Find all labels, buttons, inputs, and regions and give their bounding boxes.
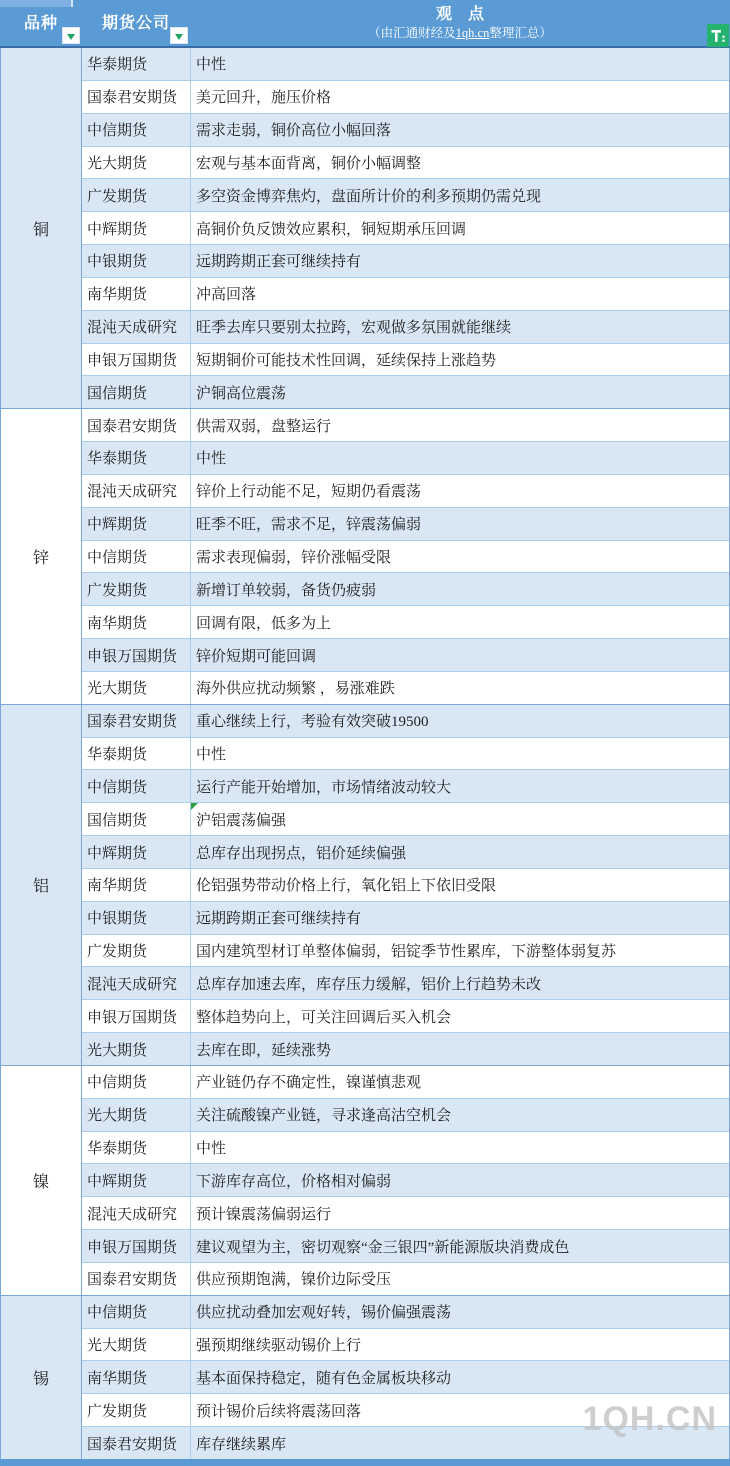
opinion-cell: 总库存出现拐点，铝价延续偏强 <box>190 836 729 868</box>
opinion-text: 旺季不旺，需求不足，锌震荡偏弱 <box>196 513 421 534</box>
opinion-text: 关注硫酸镍产业链，寻求逢高沽空机会 <box>196 1104 451 1125</box>
opinion-text: 供应预期饱满，镍价边际受压 <box>196 1268 391 1289</box>
opinion-text: 需求走弱，铜价高位小幅回落 <box>196 119 391 140</box>
opinion-cell: 远期跨期正套可继续持有 <box>190 245 729 277</box>
opinion-cell: 中性 <box>190 738 729 770</box>
company-cell: 光大期货 <box>82 1329 190 1361</box>
opinion-cell: 宏观与基本面背离，铜价小幅调整 <box>190 147 729 179</box>
company-cell: 华泰期货 <box>82 1132 190 1164</box>
opinion-cell: 国内建筑型材订单整体偏弱，铝锭季节性累库，下游整体弱复苏 <box>190 935 729 967</box>
opinion-cell: 供需双弱，盘整运行 <box>190 409 729 441</box>
metal-group: 铜华泰期货中性国泰君安期货美元回升，施压价格中信期货需求走弱，铜价高位小幅回落光… <box>1 48 729 408</box>
company-cell: 中辉期货 <box>82 212 190 244</box>
table-row: 中辉期货高铜价负反馈效应累积，铜短期承压回调 <box>82 211 729 244</box>
chevron-down-icon <box>67 34 75 40</box>
company-cell: 华泰期货 <box>82 738 190 770</box>
table-row: 中辉期货旺季不旺，需求不足，锌震荡偏弱 <box>82 507 729 540</box>
group-rows: 华泰期货中性国泰君安期货美元回升，施压价格中信期货需求走弱，铜价高位小幅回落光大… <box>82 48 729 408</box>
company-cell: 光大期货 <box>82 672 190 704</box>
opinion-text: 锌价短期可能回调 <box>196 645 316 666</box>
table-row: 国泰君安期货供应预期饱满，镍价边际受压 <box>82 1262 729 1295</box>
opinion-cell: 沪铜高位震荡 <box>190 376 729 408</box>
company-cell: 中辉期货 <box>82 836 190 868</box>
company-cell: 中信期货 <box>82 114 190 146</box>
table-body: 铜华泰期货中性国泰君安期货美元回升，施压价格中信期货需求走弱，铜价高位小幅回落光… <box>0 48 730 1459</box>
opinion-text: 冲高回落 <box>196 283 256 304</box>
opinion-text: 国内建筑型材订单整体偏弱，铝锭季节性累库，下游整体弱复苏 <box>196 940 616 961</box>
opinion-text: 伦铝强势带动价格上行，氧化铝上下依旧受限 <box>196 874 496 895</box>
table-row: 混沌天成研究锌价上行动能不足，短期仍看震荡 <box>82 474 729 507</box>
company-cell: 中信期货 <box>82 541 190 573</box>
opinion-text: 回调有限，低多为上 <box>196 612 331 633</box>
opinion-text: 重心继续上行，考验有效突破19500 <box>196 710 429 731</box>
opinion-cell: 中性 <box>190 442 729 474</box>
opinion-cell: 冲高回落 <box>190 278 729 310</box>
opinion-cell: 重心继续上行，考验有效突破19500 <box>190 705 729 737</box>
table-row: 申银万国期货整体趋势向上，可关注回调后买入机会 <box>82 999 729 1032</box>
company-cell: 国泰君安期货 <box>82 705 190 737</box>
company-cell: 国泰君安期货 <box>82 409 190 441</box>
company-cell: 广发期货 <box>82 935 190 967</box>
opinion-cell: 远期跨期正套可继续持有 <box>190 902 729 934</box>
company-cell: 光大期货 <box>82 1099 190 1131</box>
variety-cell: 锡 <box>1 1296 82 1459</box>
opinion-text: 沪铝震荡偏强 <box>196 809 286 830</box>
opinion-text: 高铜价负反馈效应累积，铜短期承压回调 <box>196 218 466 239</box>
opinion-cell: 基本面保持稳定，随有色金属板块移动 <box>190 1361 729 1393</box>
opinion-cell: 锌价上行动能不足，短期仍看震荡 <box>190 475 729 507</box>
table-row: 南华期货伦铝强势带动价格上行，氧化铝上下依旧受限 <box>82 868 729 901</box>
metal-group: 铝国泰君安期货重心继续上行，考验有效突破19500华泰期货中性中信期货运行产能开… <box>1 704 729 1065</box>
table-row: 广发期货国内建筑型材订单整体偏弱，铝锭季节性累库，下游整体弱复苏 <box>82 934 729 967</box>
opinion-text: 去库在即，延续涨势 <box>196 1039 331 1060</box>
subtitle-prefix: （由汇通财经及 <box>368 26 456 40</box>
opinion-cell: 伦铝强势带动价格上行，氧化铝上下依旧受限 <box>190 869 729 901</box>
opinion-cell: 去库在即，延续涨势 <box>190 1033 729 1065</box>
opinion-text: 预计镍震荡偏弱运行 <box>196 1203 331 1224</box>
opinion-cell: 中性 <box>190 48 729 80</box>
opinion-cell: 高铜价负反馈效应累积，铜短期承压回调 <box>190 212 729 244</box>
funnel-filter-icon <box>710 28 726 44</box>
opinion-text: 产业链仍存不确定性，镍谨慎悲观 <box>196 1071 421 1092</box>
group-rows: 中信期货产业链仍存不确定性，镍谨慎悲观光大期货关注硫酸镍产业链，寻求逢高沽空机会… <box>82 1066 729 1295</box>
company-cell: 广发期货 <box>82 1394 190 1426</box>
opinion-cell: 运行产能开始增加，市场情绪波动较大 <box>190 770 729 802</box>
variety-cell: 铝 <box>1 705 82 1065</box>
company-cell: 广发期货 <box>82 179 190 211</box>
table-row: 申银万国期货锌价短期可能回调 <box>82 638 729 671</box>
company-cell: 中银期货 <box>82 902 190 934</box>
chevron-down-icon <box>175 34 183 40</box>
filter-logo-button[interactable] <box>707 24 729 47</box>
table-row: 中信期货供应扰动叠加宏观好转，锡价偏强震荡 <box>82 1296 729 1328</box>
opinion-cell: 回调有限，低多为上 <box>190 606 729 638</box>
opinion-cell: 中性 <box>190 1132 729 1164</box>
opinion-header-subtitle: （由汇通财经及1qh.cn整理汇总） <box>368 25 552 42</box>
table-row: 华泰期货中性 <box>82 441 729 474</box>
opinion-text: 中性 <box>196 743 226 764</box>
variety-cell: 铜 <box>1 48 82 408</box>
company-cell: 南华期货 <box>82 1361 190 1393</box>
table-row: 申银万国期货短期铜价可能技术性回调，延续保持上涨趋势 <box>82 343 729 376</box>
table-row: 光大期货宏观与基本面背离，铜价小幅调整 <box>82 146 729 179</box>
opinion-cell: 关注硫酸镍产业链，寻求逢高沽空机会 <box>190 1099 729 1131</box>
company-cell: 南华期货 <box>82 869 190 901</box>
opinion-cell: 建议观望为主，密切观察“金三银四”新能源版块消费成色 <box>190 1230 729 1262</box>
table-header: 品种 期货公司 观 点 （由汇通财经及1qh.cn整理汇总） <box>0 0 730 48</box>
opinion-text: 旺季去库只要别太拉跨，宏观做多氛围就能继续 <box>196 316 511 337</box>
table-row: 中银期货远期跨期正套可继续持有 <box>82 244 729 277</box>
opinion-cell: 整体趋势向上，可关注回调后买入机会 <box>190 1000 729 1032</box>
table-row: 申银万国期货建议观望为主，密切观察“金三银四”新能源版块消费成色 <box>82 1229 729 1262</box>
company-cell: 申银万国期货 <box>82 1000 190 1032</box>
subtitle-site-link[interactable]: 1qh.cn <box>456 26 490 40</box>
table-row: 南华期货回调有限，低多为上 <box>82 605 729 638</box>
opinion-text: 建议观望为主，密切观察“金三银四”新能源版块消费成色 <box>196 1236 569 1257</box>
opinion-text: 库存继续累库 <box>196 1433 286 1454</box>
table-row: 中银期货远期跨期正套可继续持有 <box>82 901 729 934</box>
table-row: 广发期货多空资金博弈焦灼，盘面所计价的利多预期仍需兑现 <box>82 178 729 211</box>
table-row: 光大期货关注硫酸镍产业链，寻求逢高沽空机会 <box>82 1098 729 1131</box>
opinion-text: 运行产能开始增加，市场情绪波动较大 <box>196 776 451 797</box>
opinion-cell: 供应预期饱满，镍价边际受压 <box>190 1263 729 1295</box>
futures-opinions-table: 品种 期货公司 观 点 （由汇通财经及1qh.cn整理汇总） <box>0 0 730 1466</box>
company-cell: 混沌天成研究 <box>82 967 190 999</box>
opinion-cell: 总库存加速去库，库存压力缓解，铝价上行趋势未改 <box>190 967 729 999</box>
opinion-text: 远期跨期正套可继续持有 <box>196 907 361 928</box>
opinion-text: 中性 <box>196 447 226 468</box>
opinion-cell: 需求走弱，铜价高位小幅回落 <box>190 114 729 146</box>
opinion-cell: 预计镍震荡偏弱运行 <box>190 1197 729 1229</box>
metal-group: 锌国泰君安期货供需双弱，盘整运行华泰期货中性混沌天成研究锌价上行动能不足，短期仍… <box>1 408 729 704</box>
table-row: 中信期货需求表现偏弱，锌价涨幅受限 <box>82 540 729 573</box>
opinion-cell: 库存继续累库 <box>190 1427 729 1459</box>
group-rows: 国泰君安期货供需双弱，盘整运行华泰期货中性混沌天成研究锌价上行动能不足，短期仍看… <box>82 409 729 704</box>
footer-strip <box>0 1459 730 1466</box>
opinion-text: 宏观与基本面背离，铜价小幅调整 <box>196 152 421 173</box>
table-row: 中信期货产业链仍存不确定性，镍谨慎悲观 <box>82 1066 729 1098</box>
company-cell: 光大期货 <box>82 1033 190 1065</box>
opinion-text: 中性 <box>196 1137 226 1158</box>
table-row: 南华期货冲高回落 <box>82 277 729 310</box>
company-cell: 南华期货 <box>82 278 190 310</box>
opinion-cell: 锌价短期可能回调 <box>190 639 729 671</box>
opinion-text: 中性 <box>196 53 226 74</box>
table-row: 中辉期货下游库存高位，价格相对偏弱 <box>82 1163 729 1196</box>
company-header-label: 期货公司 <box>102 10 170 33</box>
opinion-text: 锌价上行动能不足，短期仍看震荡 <box>196 480 421 501</box>
table-row: 混沌天成研究总库存加速去库，库存压力缓解，铝价上行趋势未改 <box>82 966 729 999</box>
table-row: 光大期货强预期继续驱动锡价上行 <box>82 1328 729 1361</box>
table-row: 国泰君安期货库存继续累库 <box>82 1426 729 1459</box>
company-cell: 国信期货 <box>82 376 190 408</box>
table-row: 混沌天成研究旺季去库只要别太拉跨，宏观做多氛围就能继续 <box>82 310 729 343</box>
company-cell: 申银万国期货 <box>82 344 190 376</box>
table-row: 国泰君安期货美元回升，施压价格 <box>82 80 729 113</box>
opinion-text: 远期跨期正套可继续持有 <box>196 250 361 271</box>
opinion-header-label: 观 点 <box>436 5 484 25</box>
opinion-cell: 新增订单较弱，备货仍疲弱 <box>190 573 729 605</box>
company-cell: 混沌天成研究 <box>82 475 190 507</box>
opinion-cell: 美元回升，施压价格 <box>190 81 729 113</box>
variety-cell: 锌 <box>1 409 82 704</box>
table-row: 华泰期货中性 <box>82 48 729 80</box>
opinion-text: 预计锡价后续将震荡回落 <box>196 1400 361 1421</box>
company-cell: 华泰期货 <box>82 48 190 80</box>
opinion-cell: 旺季不旺，需求不足，锌震荡偏弱 <box>190 508 729 540</box>
opinion-text: 总库存加速去库，库存压力缓解，铝价上行趋势未改 <box>196 973 541 994</box>
table-row: 混沌天成研究预计镍震荡偏弱运行 <box>82 1196 729 1229</box>
group-rows: 中信期货供应扰动叠加宏观好转，锡价偏强震荡光大期货强预期继续驱动锡价上行南华期货… <box>82 1296 729 1459</box>
table-row: 华泰期货中性 <box>82 1131 729 1164</box>
company-cell: 南华期货 <box>82 606 190 638</box>
opinion-cell: 强预期继续驱动锡价上行 <box>190 1329 729 1361</box>
company-cell: 申银万国期货 <box>82 1230 190 1262</box>
company-cell: 国泰君安期货 <box>82 1427 190 1459</box>
opinion-text: 下游库存高位，价格相对偏弱 <box>196 1170 391 1191</box>
company-cell: 国泰君安期货 <box>82 81 190 113</box>
table-row: 国信期货沪铜高位震荡 <box>82 375 729 408</box>
opinion-text: 供应扰动叠加宏观好转，锡价偏强震荡 <box>196 1301 451 1322</box>
company-cell: 中信期货 <box>82 1066 190 1098</box>
table-row: 光大期货海外供应扰动频繁 ，易涨难跌 <box>82 671 729 704</box>
table-row: 国泰君安期货重心继续上行，考验有效突破19500 <box>82 705 729 737</box>
company-cell: 混沌天成研究 <box>82 1197 190 1229</box>
header-cell-company: 期货公司 <box>82 0 190 46</box>
table-row: 广发期货预计锡价后续将震荡回落 <box>82 1393 729 1426</box>
opinion-cell: 供应扰动叠加宏观好转，锡价偏强震荡 <box>190 1296 729 1328</box>
company-cell: 申银万国期货 <box>82 639 190 671</box>
company-cell: 混沌天成研究 <box>82 311 190 343</box>
company-filter-button[interactable] <box>170 27 188 44</box>
opinion-text: 整体趋势向上，可关注回调后买入机会 <box>196 1006 451 1027</box>
opinion-cell: 预计锡价后续将震荡回落 <box>190 1394 729 1426</box>
variety-header-label: 品种 <box>24 10 58 33</box>
header-cell-variety: 品种 <box>0 0 82 46</box>
opinion-cell: 下游库存高位，价格相对偏弱 <box>190 1164 729 1196</box>
opinion-cell: 海外供应扰动频繁 ，易涨难跌 <box>190 672 729 704</box>
group-rows: 国泰君安期货重心继续上行，考验有效突破19500华泰期货中性中信期货运行产能开始… <box>82 705 729 1065</box>
opinion-text: 多空资金博弈焦灼，盘面所计价的利多预期仍需兑现 <box>196 185 541 206</box>
header-cell-opinion: 观 点 （由汇通财经及1qh.cn整理汇总） <box>190 0 730 46</box>
subtitle-suffix: 整理汇总） <box>489 26 552 40</box>
company-cell: 中银期货 <box>82 245 190 277</box>
opinion-text: 强预期继续驱动锡价上行 <box>196 1334 361 1355</box>
opinion-cell: 多空资金博弈焦灼，盘面所计价的利多预期仍需兑现 <box>190 179 729 211</box>
company-cell: 广发期货 <box>82 573 190 605</box>
company-cell: 华泰期货 <box>82 442 190 474</box>
metal-group: 镍中信期货产业链仍存不确定性，镍谨慎悲观光大期货关注硫酸镍产业链，寻求逢高沽空机… <box>1 1065 729 1295</box>
opinion-text: 短期铜价可能技术性回调，延续保持上涨趋势 <box>196 349 496 370</box>
opinion-text: 总库存出现拐点，铝价延续偏强 <box>196 842 406 863</box>
opinion-text: 基本面保持稳定，随有色金属板块移动 <box>196 1367 451 1388</box>
opinion-text: 海外供应扰动频繁 ，易涨难跌 <box>196 677 395 698</box>
table-row: 国信期货沪铝震荡偏强 <box>82 802 729 835</box>
table-row: 广发期货新增订单较弱，备货仍疲弱 <box>82 572 729 605</box>
opinion-cell: 沪铝震荡偏强 <box>190 803 729 835</box>
table-row: 中信期货运行产能开始增加，市场情绪波动较大 <box>82 769 729 802</box>
opinion-cell: 旺季去库只要别太拉跨，宏观做多氛围就能继续 <box>190 311 729 343</box>
opinion-text: 需求表现偏弱，锌价涨幅受限 <box>196 546 391 567</box>
company-cell: 中信期货 <box>82 1296 190 1328</box>
table-row: 中辉期货总库存出现拐点，铝价延续偏强 <box>82 835 729 868</box>
table-row: 华泰期货中性 <box>82 737 729 770</box>
table-row: 中信期货需求走弱，铜价高位小幅回落 <box>82 113 729 146</box>
company-cell: 光大期货 <box>82 147 190 179</box>
opinion-cell: 短期铜价可能技术性回调，延续保持上涨趋势 <box>190 344 729 376</box>
cell-note-marker <box>191 803 198 810</box>
company-cell: 国信期货 <box>82 803 190 835</box>
metal-group: 锡中信期货供应扰动叠加宏观好转，锡价偏强震荡光大期货强预期继续驱动锡价上行南华期… <box>1 1295 729 1459</box>
opinion-text: 新增订单较弱，备货仍疲弱 <box>196 579 376 600</box>
variety-cell: 镍 <box>1 1066 82 1295</box>
table-row: 光大期货去库在即，延续涨势 <box>82 1032 729 1065</box>
opinion-text: 供需双弱，盘整运行 <box>196 415 331 436</box>
table-row: 南华期货基本面保持稳定，随有色金属板块移动 <box>82 1360 729 1393</box>
opinion-cell: 产业链仍存不确定性，镍谨慎悲观 <box>190 1066 729 1098</box>
opinion-cell: 需求表现偏弱，锌价涨幅受限 <box>190 541 729 573</box>
opinion-text: 美元回升，施压价格 <box>196 86 331 107</box>
company-cell: 中信期货 <box>82 770 190 802</box>
company-cell: 国泰君安期货 <box>82 1263 190 1295</box>
table-row: 国泰君安期货供需双弱，盘整运行 <box>82 409 729 441</box>
company-cell: 中辉期货 <box>82 1164 190 1196</box>
company-cell: 中辉期货 <box>82 508 190 540</box>
opinion-text: 沪铜高位震荡 <box>196 382 286 403</box>
variety-filter-button[interactable] <box>62 27 80 44</box>
